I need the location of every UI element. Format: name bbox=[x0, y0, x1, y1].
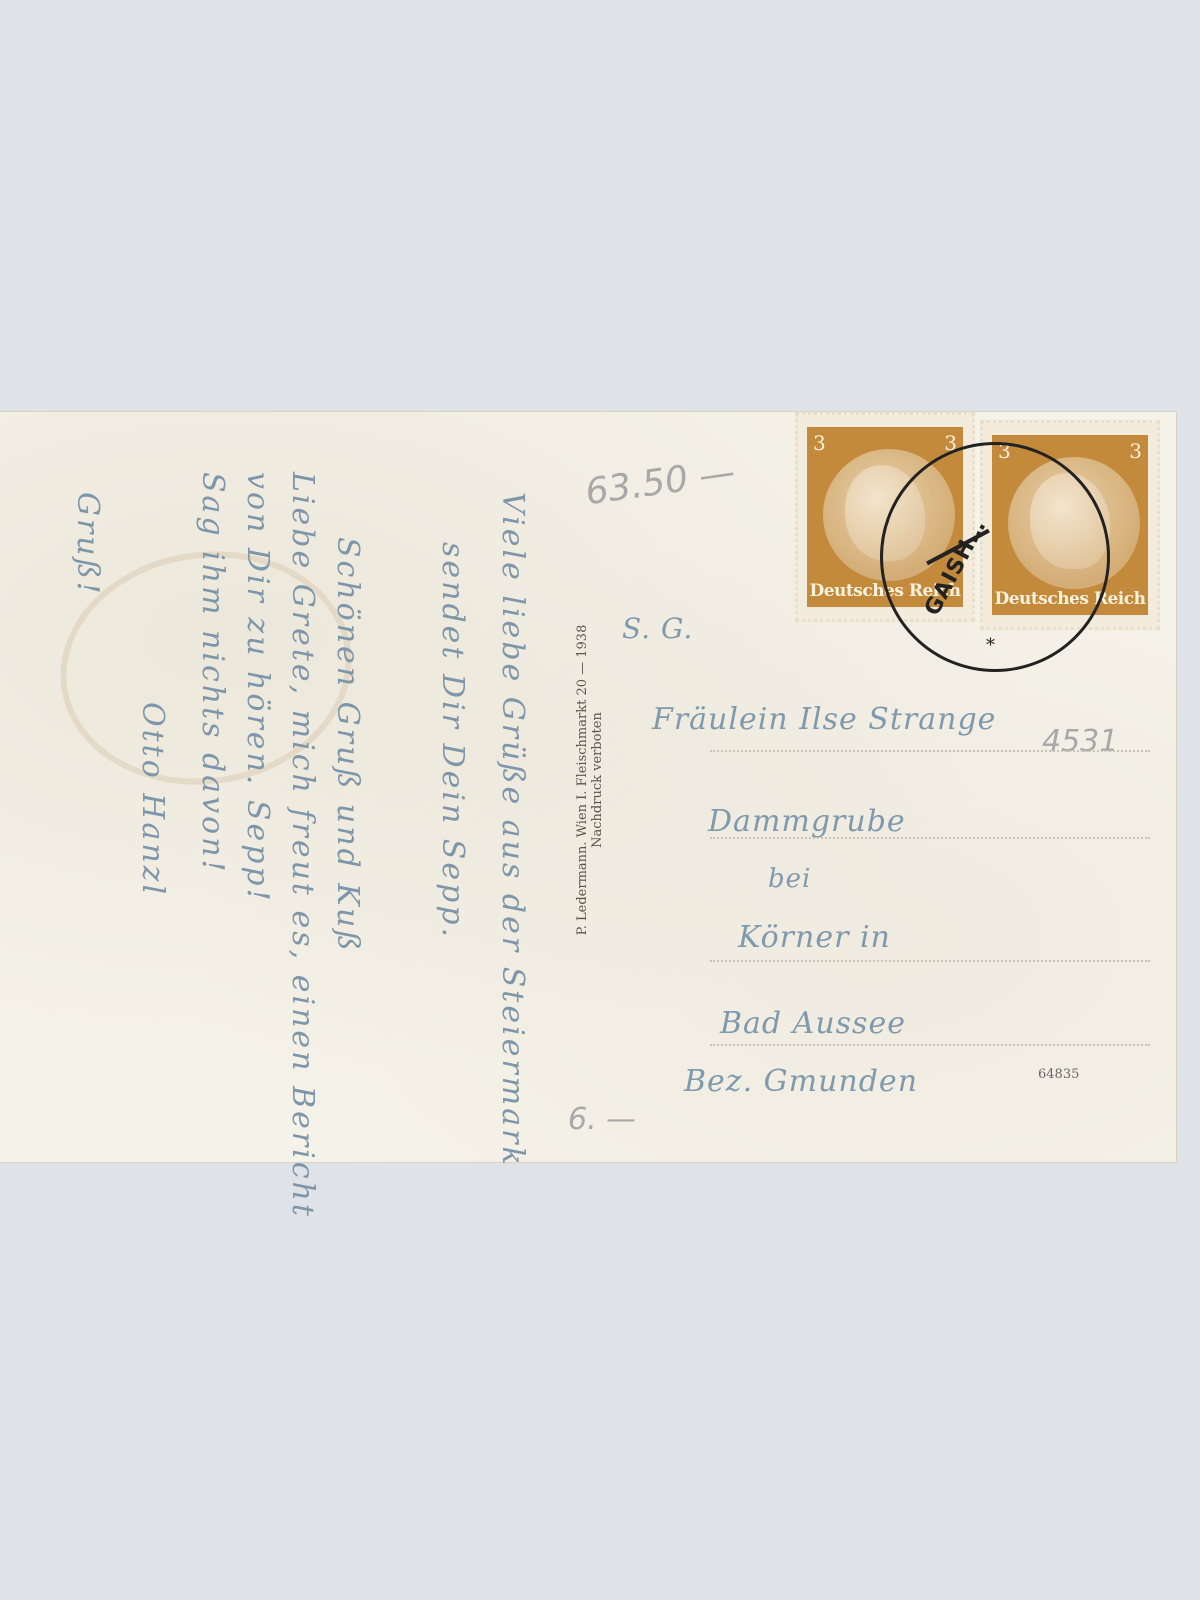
postmark-place: GAISH… bbox=[920, 515, 992, 620]
publisher-imprint: P. Ledermann. Wien I. Fleischmarkt 20 — … bbox=[575, 550, 605, 1010]
address-line: Fräulein Ilse Strange bbox=[652, 702, 996, 737]
postmark-star-icon: * bbox=[986, 635, 995, 656]
address-line: Bad Aussee bbox=[720, 1006, 906, 1041]
message-line: von Dir zu hören. Sepp! bbox=[240, 472, 275, 904]
address-rule bbox=[710, 837, 1150, 839]
address-line: Körner in bbox=[738, 920, 891, 955]
address-rule bbox=[710, 1044, 1150, 1046]
postmark: GAISH… * bbox=[880, 442, 1110, 672]
handwritten-message: Viele liebe Grüße aus der Steiermark sen… bbox=[30, 452, 550, 1132]
imprint-line-2: Nachdruck verboten bbox=[590, 550, 605, 1010]
pencil-price-bottom: 6. — bbox=[568, 1102, 636, 1137]
message-line: Sag ihm nichts davon! bbox=[195, 472, 230, 875]
address-line: Dammgrube bbox=[708, 804, 906, 839]
message-line: sendet Dir Dein Sepp. bbox=[435, 542, 470, 940]
message-line: Liebe Grete, mich freut es, einen Berich… bbox=[285, 472, 320, 1219]
address-line: bei bbox=[768, 864, 811, 894]
message-line: Gruß! bbox=[70, 492, 105, 597]
pencil-price-top: 63.50 — bbox=[583, 452, 738, 514]
address-line: Bez. Gmunden bbox=[684, 1064, 918, 1099]
signature: Otto Hanzl bbox=[135, 702, 170, 897]
message-line: Schönen Gruß und Kuß bbox=[330, 537, 365, 953]
address-line: S. G. bbox=[622, 612, 693, 645]
address-rule bbox=[710, 960, 1150, 962]
address-rule bbox=[710, 750, 1150, 752]
message-line: Viele liebe Grüße aus der Steiermark bbox=[495, 492, 530, 1168]
postcard: Viele liebe Grüße aus der Steiermark sen… bbox=[0, 412, 1176, 1162]
pencil-catalog-number: 4531 bbox=[1042, 724, 1118, 759]
stamp-value: 3 bbox=[1129, 439, 1142, 463]
stamp-value: 3 bbox=[813, 431, 826, 455]
serial-number: 64835 bbox=[1038, 1067, 1079, 1082]
imprint-line-1: P. Ledermann. Wien I. Fleischmarkt 20 — … bbox=[575, 550, 590, 1010]
